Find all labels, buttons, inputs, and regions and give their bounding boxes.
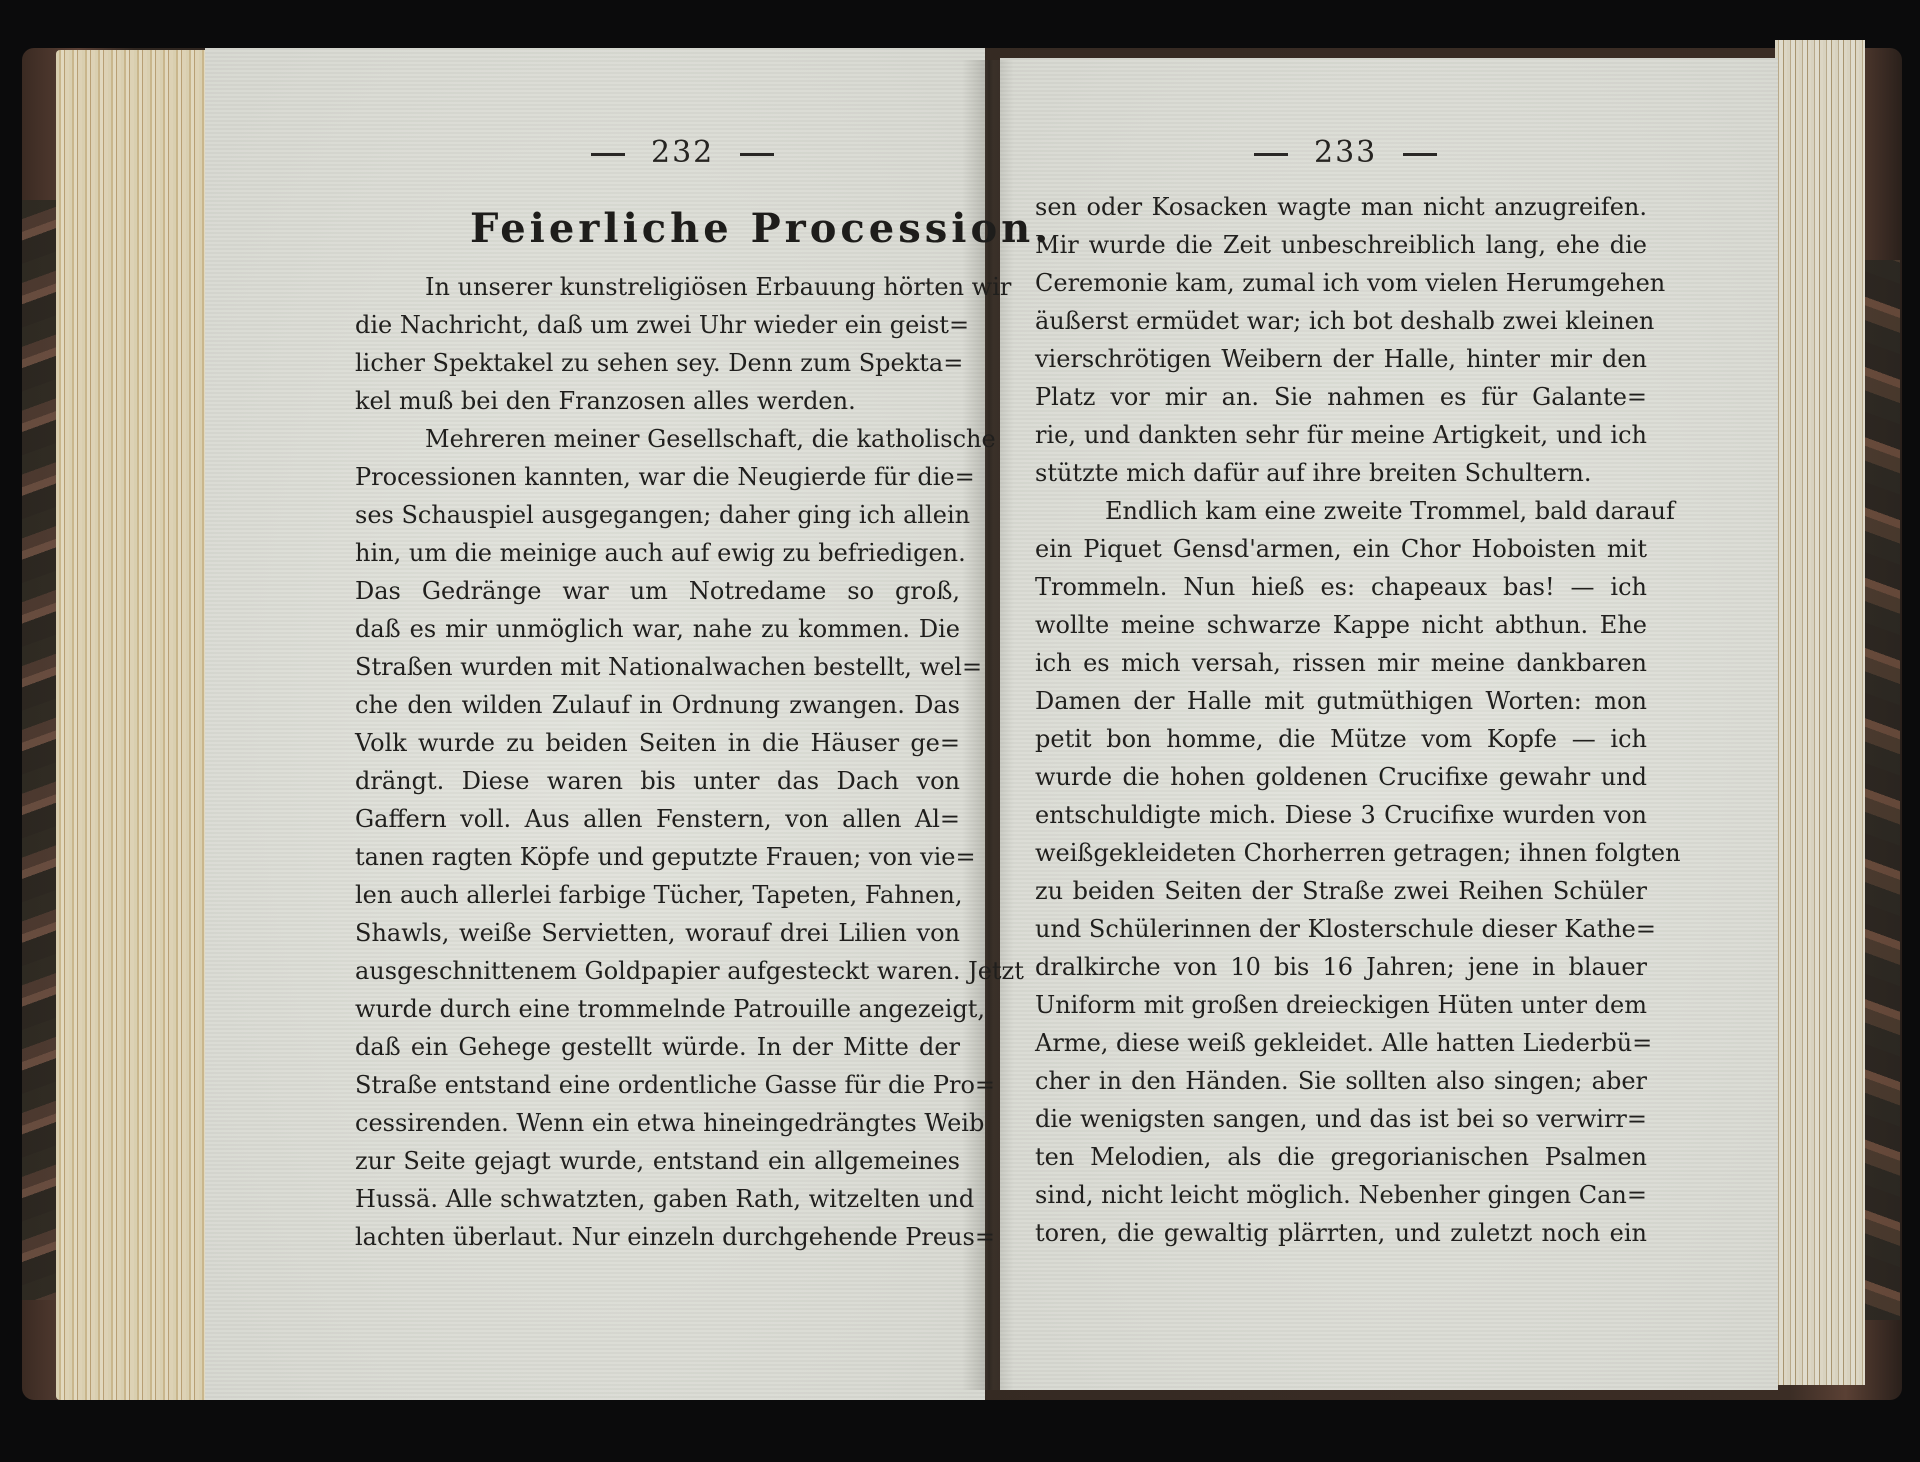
text-line: ausgeschnittenem Goldpapier aufgesteckt … [355,952,960,990]
text-line: hin, um die meinige auch auf ewig zu bef… [355,534,960,572]
text-line: wurde durch eine trommelnde Patrouille a… [355,990,960,1028]
text-line: wollte meine schwarze Kappe nicht abthun… [1035,606,1647,644]
text-line: sen oder Kosacken wagte man nicht anzugr… [1035,188,1647,226]
left-page-body: In unserer kunstreligiösen Erbauung hört… [355,268,960,1256]
text-line: sind, nicht leicht möglich. Nebenher gin… [1035,1176,1647,1214]
text-line: stützte mich dafür auf ihre breiten Schu… [1035,454,1647,492]
chapter-heading: Feierliche Procession. [470,205,1052,252]
text-line: weißgekleideten Chorherren getragen; ihn… [1035,834,1647,872]
left-page-number: 232 [565,135,800,170]
text-line: Platz vor mir an. Sie nahmen es für Gala… [1035,378,1647,416]
text-line: petit bon homme, die Mütze vom Kopfe — i… [1035,720,1647,758]
marbled-cover-left [22,200,60,1300]
page-edges-left [56,50,206,1400]
text-line: Gaffern voll. Aus allen Fenstern, von al… [355,800,960,838]
text-line: wurde die hohen goldenen Crucifixe gewah… [1035,758,1647,796]
text-line: zu beiden Seiten der Straße zwei Reihen … [1035,872,1647,910]
text-line: Straßen wurden mit Nationalwachen bestel… [355,648,960,686]
text-line: zur Seite gejagt wurde, entstand ein all… [355,1142,960,1180]
page-number-text: 232 [651,135,714,170]
text-line: Ceremonie kam, zumal ich vom vielen Heru… [1035,264,1647,302]
text-line: len auch allerlei farbige Tücher, Tapete… [355,876,960,914]
text-line: ten Melodien, als die gregorianischen Ps… [1035,1138,1647,1176]
text-line: die wenigsten sangen, und das ist bei so… [1035,1100,1647,1138]
text-line: daß es mir unmöglich war, nahe zu kommen… [355,610,960,648]
text-line: Processionen kannten, war die Neugierde … [355,458,960,496]
text-line: ich es mich versah, rissen mir meine dan… [1035,644,1647,682]
text-line: toren, die gewaltig plärrten, und zuletz… [1035,1214,1647,1252]
text-line: kel muß bei den Franzosen alles werden. [355,382,960,420]
text-line: Hussä. Alle schwatzten, gaben Rath, witz… [355,1180,960,1218]
text-line: die Nachricht, daß um zwei Uhr wieder ei… [355,306,960,344]
text-line: Shawls, weiße Servietten, worauf drei Li… [355,914,960,952]
text-line: cher in den Händen. Sie sollten also sin… [1035,1062,1647,1100]
text-line: ses Schauspiel ausgegangen; daher ging i… [355,496,960,534]
text-line: Endlich kam eine zweite Trommel, bald da… [1035,492,1647,530]
text-line: che den wilden Zulauf in Ordnung zwangen… [355,686,960,724]
text-line: äußerst ermüdet war; ich bot deshalb zwe… [1035,302,1647,340]
text-line: Mir wurde die Zeit unbeschreiblich lang,… [1035,226,1647,264]
text-line: dralkirche von 10 bis 16 Jahren; jene in… [1035,948,1647,986]
text-line: Damen der Halle mit gutmüthigen Worten: … [1035,682,1647,720]
text-line: rie, und dankten sehr für meine Artigkei… [1035,416,1647,454]
page-number-text: 233 [1314,135,1377,170]
text-line: daß ein Gehege gestellt würde. In der Mi… [355,1028,960,1066]
text-line: lachten überlaut. Nur einzeln durchgehen… [355,1218,960,1256]
text-line: vierschrötigen Weibern der Halle, hinter… [1035,340,1647,378]
text-line: Trommeln. Nun hieß es: chapeaux bas! — i… [1035,568,1647,606]
dash-decoration [1403,153,1437,156]
page-edges-right [1775,40,1865,1385]
dash-decoration [591,153,625,156]
dash-decoration [740,153,774,156]
text-line: Volk wurde zu beiden Seiten in die Häuse… [355,724,960,762]
text-line: entschuldigte mich. Diese 3 Crucifixe wu… [1035,796,1647,834]
text-line: tanen ragten Köpfe und geputzte Frauen; … [355,838,960,876]
text-line: Straße entstand eine ordentliche Gasse f… [355,1066,960,1104]
right-page-number: 233 [1228,135,1463,170]
text-line: drängt. Diese waren bis unter das Dach v… [355,762,960,800]
text-line: und Schülerinnen der Klosterschule diese… [1035,910,1647,948]
text-line: Arme, diese weiß gekleidet. Alle hatten … [1035,1024,1647,1062]
text-line: Uniform mit großen dreieckigen Hüten unt… [1035,986,1647,1024]
dash-decoration [1254,153,1288,156]
text-line: ein Piquet Gensd'armen, ein Chor Hoboist… [1035,530,1647,568]
text-line: Das Gedränge war um Notredame so groß, [355,572,960,610]
text-line: In unserer kunstreligiösen Erbauung hört… [355,268,960,306]
text-line: Mehreren meiner Gesellschaft, die kathol… [355,420,960,458]
text-line: cessirenden. Wenn ein etwa hineingedräng… [355,1104,960,1142]
text-line: licher Spektakel zu sehen sey. Denn zum … [355,344,960,382]
right-page-body: sen oder Kosacken wagte man nicht anzugr… [1035,188,1647,1252]
